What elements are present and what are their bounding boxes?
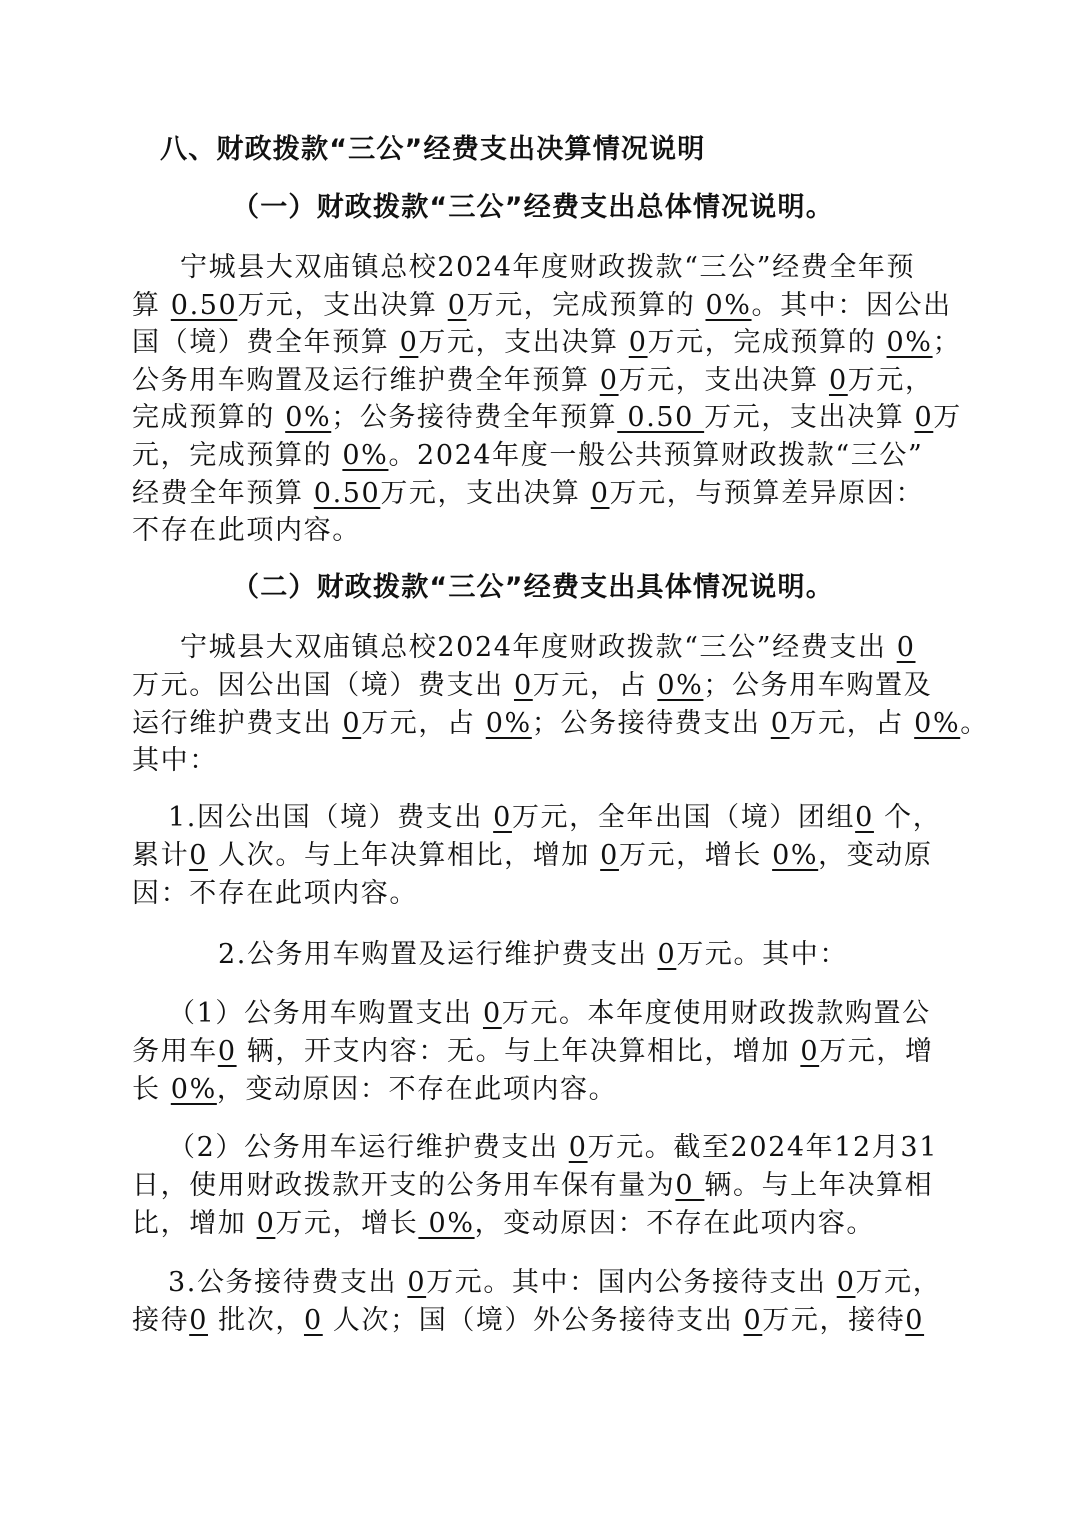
text-segment: 完成预算的 [132,402,285,433]
underlined-value: 0% [887,327,933,358]
text-line: 公务用车购置及运行维护费全年预算 0万元，支出决算 0万元， [132,363,934,399]
text-line: 宁城县大双庙镇总校2024年度财政拨款“三公”经费全年预 [180,250,915,286]
text-segment: 万元，与预算差异原因： [610,478,925,509]
text-segment: 万元，占 [790,708,915,739]
underlined-value: 0 [257,1208,276,1239]
underlined-value: 0 [304,1305,323,1336]
text-segment: 宁城县大双庙镇总校2024年度财政拨款“三公”经费支出 [180,632,897,663]
text-segment: （1）公务用车购置支出 [168,998,483,1029]
text-segment: 批次， [208,1305,304,1336]
text-line: （2）公务用车运行维护费支出 0万元。截至2024年12月31 [168,1130,938,1166]
underlined-value: 0 [514,670,533,701]
underlined-value: 0% [171,1074,217,1105]
underlined-value: 0% [914,708,960,739]
text-segment: 国（境）费全年预算 [132,327,400,358]
text-segment: 万 [933,402,962,433]
text-line: 2.公务用车购置及运行维护费支出 0万元。其中： [218,937,848,973]
text-segment: 万元，占 [533,670,658,701]
text-segment: ；公务接待费支出 [532,708,771,739]
underlined-value: 0 [771,708,790,739]
text-segment: 算 [132,290,171,321]
text-segment: （2）公务用车运行维护费支出 [168,1132,569,1163]
text-segment: 接待 [132,1305,189,1336]
underlined-value: 0% [657,670,703,701]
underlined-value: 0 [569,1132,588,1163]
underlined-value: 0 [855,802,874,833]
text-segment: 万元。其中：国内公务接待支出 [426,1267,837,1298]
text-segment: 辆，开支内容：无。与上年决算相比，增加 [237,1036,801,1067]
underlined-value: 0 [600,365,619,396]
text-line: 万元。因公出国（境）费支出 0万元，占 0%；公务用车购置及 [132,668,932,704]
text-segment: 。2024年度一般公共预算财政拨款“三公” [388,440,923,471]
text-segment: ，变动原因：不存在此项内容。 [475,1208,875,1239]
text-segment: 日，使用财政拨款开支的公务用车保有量为 [132,1170,675,1201]
text-segment: ；公务接待费全年预算 [331,402,617,433]
text-segment: 务用车 [132,1036,218,1067]
text-segment: 不存在此项内容。 [132,515,361,546]
underlined-value: 0 [218,1036,237,1067]
underlined-value: 0 [905,1305,924,1336]
text-segment: ，变动原因：不存在此项内容。 [217,1074,617,1105]
text-segment: 运行维护费支出 [132,708,342,739]
text-segment: 万元。其中： [676,939,848,970]
text-segment: 万元，支出决算 [704,402,914,433]
underlined-value: 0% [342,440,388,471]
underlined-value: 0.50 [171,290,238,321]
underlined-value: 0 [915,402,934,433]
underlined-value: 0 [658,939,677,970]
text-segment: 累计 [132,840,189,871]
text-segment: 人次；国（境）外公务接待支出 [323,1305,744,1336]
text-line: 运行维护费支出 0万元，占 0%；公务接待费支出 0万元，占 0%。 [132,706,989,742]
text-line: 长 0%，变动原因：不存在此项内容。 [132,1072,617,1108]
text-segment: 。其中：因公出 [752,290,952,321]
text-segment: 万元，全年出国（境）团组 [512,802,855,833]
text-line: 经费全年预算 0.50万元，支出决算 0万元，与预算差异原因： [132,476,924,512]
text-line: 比，增加 0万元，增长 0%，变动原因：不存在此项内容。 [132,1206,875,1242]
underlined-value: 0 [600,840,619,871]
underlined-value: 0.50 [314,478,381,509]
text-segment: 长 [132,1074,171,1105]
text-segment: 万元。因公出国（境）费支出 [132,670,514,701]
text-line: 其中： [132,743,218,779]
text-line: 宁城县大双庙镇总校2024年度财政拨款“三公”经费支出 0 [180,630,915,666]
text-line: （1）公务用车购置支出 0万元。本年度使用财政拨款购置公 [168,996,931,1032]
text-line: 完成预算的 0%；公务接待费全年预算 0.50 万元，支出决算 0万 [132,400,962,436]
underlined-value: 0 [400,327,419,358]
text-line: 务用车0 辆，开支内容：无。与上年决算相比，增加 0万元，增 [132,1034,934,1070]
text-segment: 3.公务接待费支出 [168,1267,407,1298]
text-segment: 万元，完成预算的 [648,327,887,358]
section-title: 八、财政拨款“三公”经费支出决算情况说明 [160,132,706,168]
underlined-value: 0% [486,708,532,739]
text-line: 算 0.50万元，支出决算 0万元，完成预算的 0%。其中：因公出 [132,288,952,324]
underlined-value: 0 [189,840,208,871]
underlined-value: 0 [675,1170,704,1201]
text-segment: 1.因公出国（境）费支出 [168,802,493,833]
text-segment: ；公务用车购置及 [703,670,932,701]
text-segment: 2.公务用车购置及运行维护费支出 [218,939,658,970]
text-segment: 万元，增长 [619,840,772,871]
text-line: 元，完成预算的 0%。2024年度一般公共预算财政拨款“三公” [132,438,923,474]
underlined-value: 0% [705,290,751,321]
text-segment: ，变动原 [818,840,932,871]
text-segment: 个， [874,802,941,833]
text-segment: 其中： [132,745,218,776]
text-line: 不存在此项内容。 [132,513,361,549]
underlined-value: 0 [800,1036,819,1067]
underlined-value: 0% [418,1208,474,1239]
text-segment: 万元。本年度使用财政拨款购置公 [502,998,931,1029]
text-line: 1.因公出国（境）费支出 0万元，全年出国（境）团组0 个， [168,800,941,836]
text-line: 国（境）费全年预算 0万元，支出决算 0万元，完成预算的 0%； [132,325,961,361]
underlined-value: 0 [189,1305,208,1336]
text-segment: ； [933,327,962,358]
text-segment: 万元。截至2024年12月31 [588,1132,938,1163]
underlined-value: 0 [342,708,361,739]
text-segment: 宁城县大双庙镇总校2024年度财政拨款“三公”经费全年预 [180,252,915,283]
text-segment: 万元，完成预算的 [467,290,706,321]
text-segment: 经费全年预算 [132,478,314,509]
text-segment: 人次。与上年决算相比，增加 [208,840,600,871]
text-segment: 万元，支出决算 [418,327,628,358]
underlined-value: 0 [493,802,512,833]
text-segment: 公务用车购置及运行维护费全年预算 [132,365,600,396]
text-line: 日，使用财政拨款开支的公务用车保有量为0 辆。与上年决算相 [132,1168,933,1204]
text-segment: 元，完成预算的 [132,440,342,471]
underlined-value: 0 [448,290,467,321]
underlined-value: 0 [897,632,916,663]
document-page: 八、财政拨款“三公”经费支出决算情况说明 （一）财政拨款“三公”经费支出总体情况… [0,0,1074,1520]
text-line: 累计0 人次。与上年决算相比，增加 0万元，增长 0%，变动原 [132,838,933,874]
text-segment: 。 [960,708,989,739]
underlined-value: 0% [285,402,331,433]
underlined-value: 0.50 [617,402,704,433]
underlined-value: 0 [407,1267,426,1298]
text-segment: 万元，占 [361,708,486,739]
text-line: 3.公务接待费支出 0万元。其中：国内公务接待支出 0万元， [168,1265,941,1301]
underlined-value: 0 [829,365,848,396]
text-segment: 万元，增 [819,1036,933,1067]
text-segment: 万元，支出决算 [380,478,590,509]
text-segment: 万元，支出决算 [619,365,829,396]
text-segment: 万元， [856,1267,942,1298]
text-segment: 万元，支出决算 [237,290,447,321]
text-line: 因：不存在此项内容。 [132,876,418,912]
text-segment: 万元，增长 [275,1208,418,1239]
text-segment: 万元，接待 [762,1305,905,1336]
underlined-value: 0% [772,840,818,871]
underlined-value: 0 [837,1267,856,1298]
text-line: 接待0 批次，0 人次；国（境）外公务接待支出 0万元，接待0 [132,1303,924,1339]
subsection-title-2: （二）财政拨款“三公”经费支出具体情况说明。 [232,570,834,606]
underlined-value: 0 [483,998,502,1029]
subsection-title-1: （一）财政拨款“三公”经费支出总体情况说明。 [232,190,834,226]
underlined-value: 0 [591,478,610,509]
underlined-value: 0 [629,327,648,358]
underlined-value: 0 [744,1305,763,1336]
text-segment: 辆。与上年决算相 [704,1170,933,1201]
text-segment: 比，增加 [132,1208,257,1239]
text-segment: 万元， [848,365,934,396]
text-segment: 因：不存在此项内容。 [132,878,418,909]
